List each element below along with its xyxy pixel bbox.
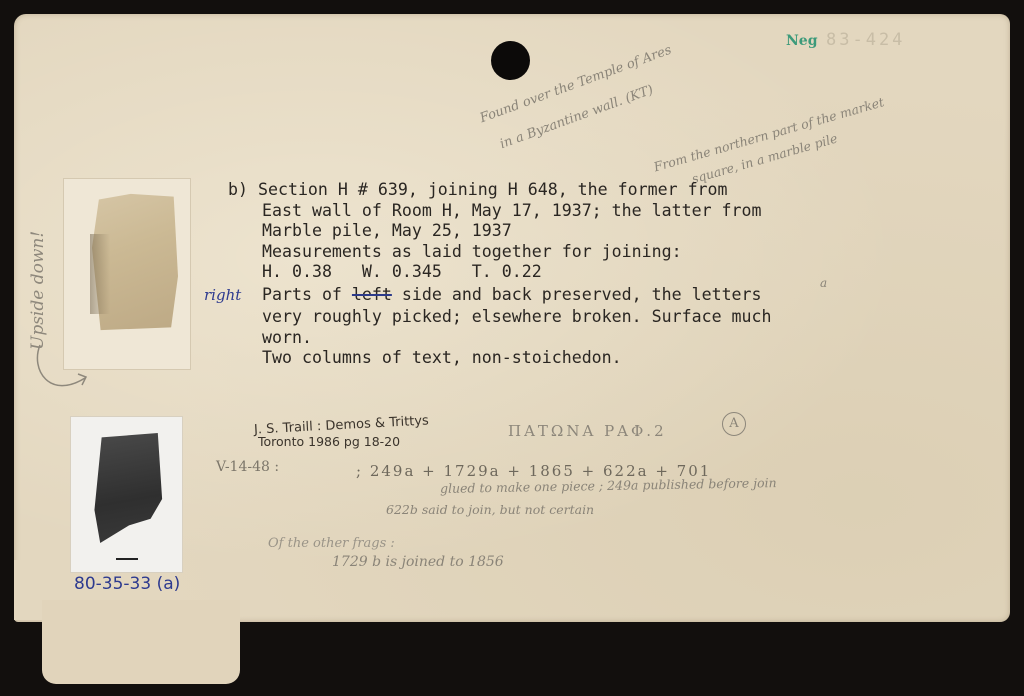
typed-line-6-prefix: Parts of bbox=[262, 285, 352, 304]
typed-line-8: worn. bbox=[228, 328, 312, 347]
typed-line-4: Measurements as laid together for joinin… bbox=[228, 242, 682, 261]
greek-heading: ΠΑΤΩΝΑ ΡΑΦ.2 bbox=[508, 422, 667, 440]
typed-line-1: Section H # 639, joining H 648, the form… bbox=[258, 180, 728, 199]
typed-entry: b) Section H # 639, joining H 648, the f… bbox=[228, 180, 772, 369]
struck-word-left: left bbox=[352, 285, 392, 304]
rock-image bbox=[93, 433, 165, 543]
punch-hole bbox=[491, 41, 530, 80]
negative-number-faint: 83-424 bbox=[826, 30, 905, 50]
card-tab bbox=[42, 600, 240, 684]
scale-bar bbox=[116, 558, 138, 560]
photo-stone-fragment bbox=[70, 416, 183, 573]
other-frags-line: Of the other frags : bbox=[268, 536, 395, 551]
negative-stamp: Neg bbox=[786, 33, 818, 49]
typed-line-5: H. 0.38 W. 0.345 T. 0.22 bbox=[228, 262, 542, 281]
note-date: V-14-48 : bbox=[216, 459, 279, 475]
stone-shadow bbox=[90, 234, 110, 314]
typed-line-6-suffix: side and back preserved, the letters bbox=[392, 285, 762, 304]
upside-down-note: Upside down! bbox=[28, 231, 48, 350]
typed-line-7: very roughly picked; elsewhere broken. S… bbox=[228, 307, 772, 326]
typed-line-2: East wall of Room H, May 17, 1937; the l… bbox=[228, 201, 762, 220]
entry-label: b) bbox=[228, 180, 248, 199]
superscript-correction: a bbox=[820, 276, 827, 290]
line-622b: 622b said to join, but not certain bbox=[386, 502, 594, 517]
reference-line-2: Toronto 1986 pg 18-20 bbox=[258, 434, 400, 449]
margin-correction-right: right bbox=[204, 286, 241, 304]
photo-caption: 80-35-33 (a) bbox=[74, 574, 180, 594]
typed-line-9: Two columns of text, non-stoichedon. bbox=[228, 348, 622, 367]
typed-line-3: Marble pile, May 25, 1937 bbox=[228, 221, 512, 240]
line-1729b: 1729 b is joined to 1856 bbox=[332, 554, 504, 570]
curved-arrow-icon bbox=[30, 340, 100, 410]
greek-circled-letter: A bbox=[722, 412, 746, 436]
